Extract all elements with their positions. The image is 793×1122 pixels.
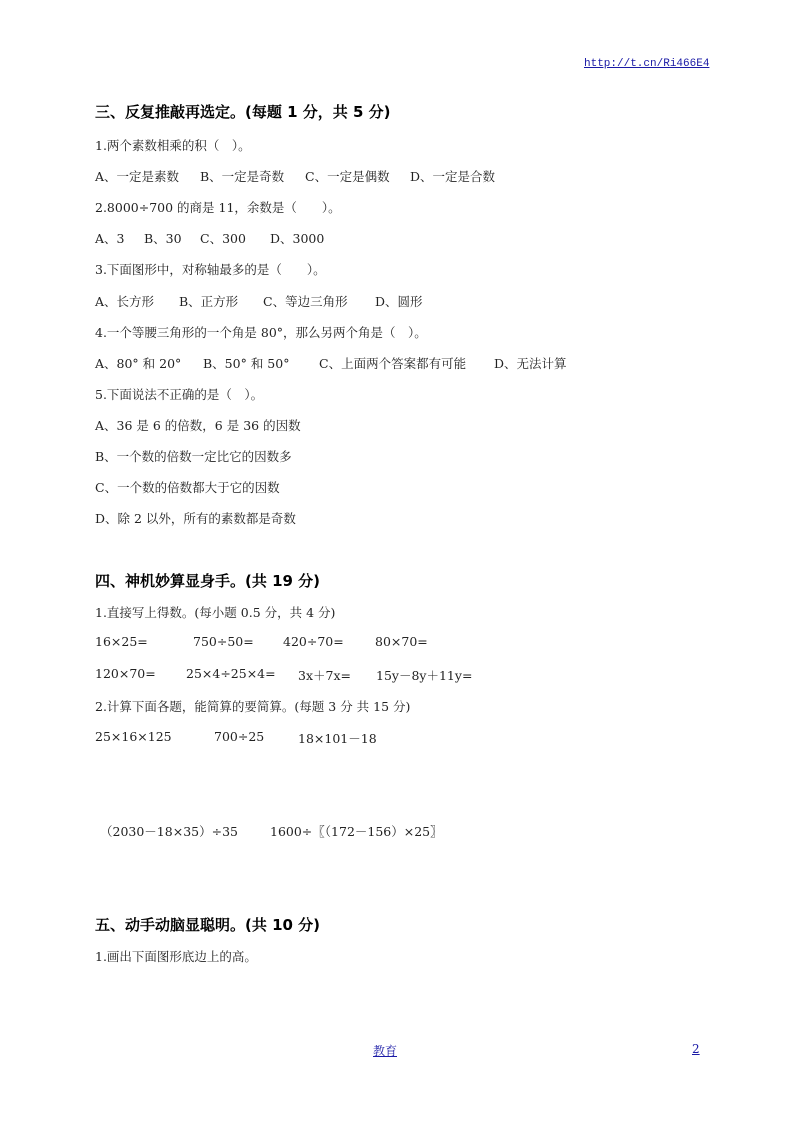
q5-option-c: C、一个数的倍数都大于它的因数 [95, 478, 280, 496]
q1-option-b: B、一定是奇数 [200, 167, 284, 185]
part1-instruction: 1.直接写上得数。(每小题 0.5 分，共 4 分) [95, 603, 335, 621]
q1-option-c: C、一定是偶数 [305, 167, 390, 185]
section-3-title: 三、反复推敲再选定。(每题 1 分，共 5 分) [95, 101, 390, 122]
q1-option-a: A、一定是素数 [95, 167, 179, 185]
oral-calc-6: 25×4÷25×4= [186, 666, 276, 681]
q2-option-b: B、30 [144, 229, 182, 247]
oral-calc-8: 15y－8y＋11y= [376, 666, 472, 684]
footer-link[interactable]: 教育 [373, 1042, 397, 1059]
oral-calc-7: 3x＋7x= [298, 666, 351, 684]
part2-instruction: 2.计算下面各题，能简算的要简算。(每题 3 分 共 15 分) [95, 697, 410, 715]
calc-problem-3: 18×101－18 [298, 729, 377, 747]
q5-option-a: A、36 是 6 的倍数，6 是 36 的因数 [95, 416, 301, 434]
q4-option-a: A、80° 和 20° [95, 354, 181, 372]
q4-option-b: B、50° 和 50° [203, 354, 289, 372]
calc-problem-4: （2030－18×35）÷35 [100, 822, 238, 840]
q2-option-a: A、3 [95, 229, 124, 247]
q2-stem: 2.8000÷700 的商是 11，余数是（ ）。 [95, 198, 341, 216]
q3-option-d: D、圆形 [375, 292, 423, 310]
q3-option-a: A、长方形 [95, 292, 154, 310]
q3-stem: 3.下面图形中，对称轴最多的是（ ）。 [95, 260, 326, 278]
oral-calc-3: 420÷70= [283, 634, 344, 649]
s5-q1-text: 1.画出下面图形底边上的高。 [95, 947, 257, 965]
oral-calc-5: 120×70= [95, 666, 156, 681]
q2-option-d: D、3000 [270, 229, 324, 247]
calc-problem-1: 25×16×125 [95, 729, 172, 744]
q4-option-d: D、无法计算 [494, 354, 567, 372]
q5-option-b: B、一个数的倍数一定比它的因数多 [95, 447, 292, 465]
q4-stem: 4.一个等腰三角形的一个角是 80°，那么另两个角是（ ）。 [95, 323, 427, 341]
q4-option-c: C、上面两个答案都有可能 [319, 354, 466, 372]
q2-option-c: C、300 [200, 229, 246, 247]
q5-option-d: D、除 2 以外，所有的素数都是奇数 [95, 509, 296, 527]
q5-stem: 5.下面说法不正确的是（ ）。 [95, 385, 263, 403]
section-5-title: 五、动手动脑显聪明。(共 10 分) [95, 914, 320, 935]
calc-problem-5: 1600÷〖（172－156）×25〗 [270, 822, 443, 840]
q1-stem: 1.两个素数相乘的积（ ）。 [95, 136, 251, 154]
page-number[interactable]: 2 [692, 1042, 700, 1056]
q1-option-d: D、一定是合数 [410, 167, 495, 185]
oral-calc-4: 80×70= [375, 634, 428, 649]
calc-problem-2: 700÷25 [214, 729, 264, 744]
oral-calc-2: 750÷50= [193, 634, 254, 649]
header-url-link[interactable]: http://t.cn/Ri466E4 [584, 58, 709, 70]
oral-calc-1: 16×25= [95, 634, 148, 649]
q3-option-b: B、正方形 [179, 292, 238, 310]
section-4-title: 四、神机妙算显身手。(共 19 分) [95, 570, 320, 591]
q3-option-c: C、等边三角形 [263, 292, 348, 310]
